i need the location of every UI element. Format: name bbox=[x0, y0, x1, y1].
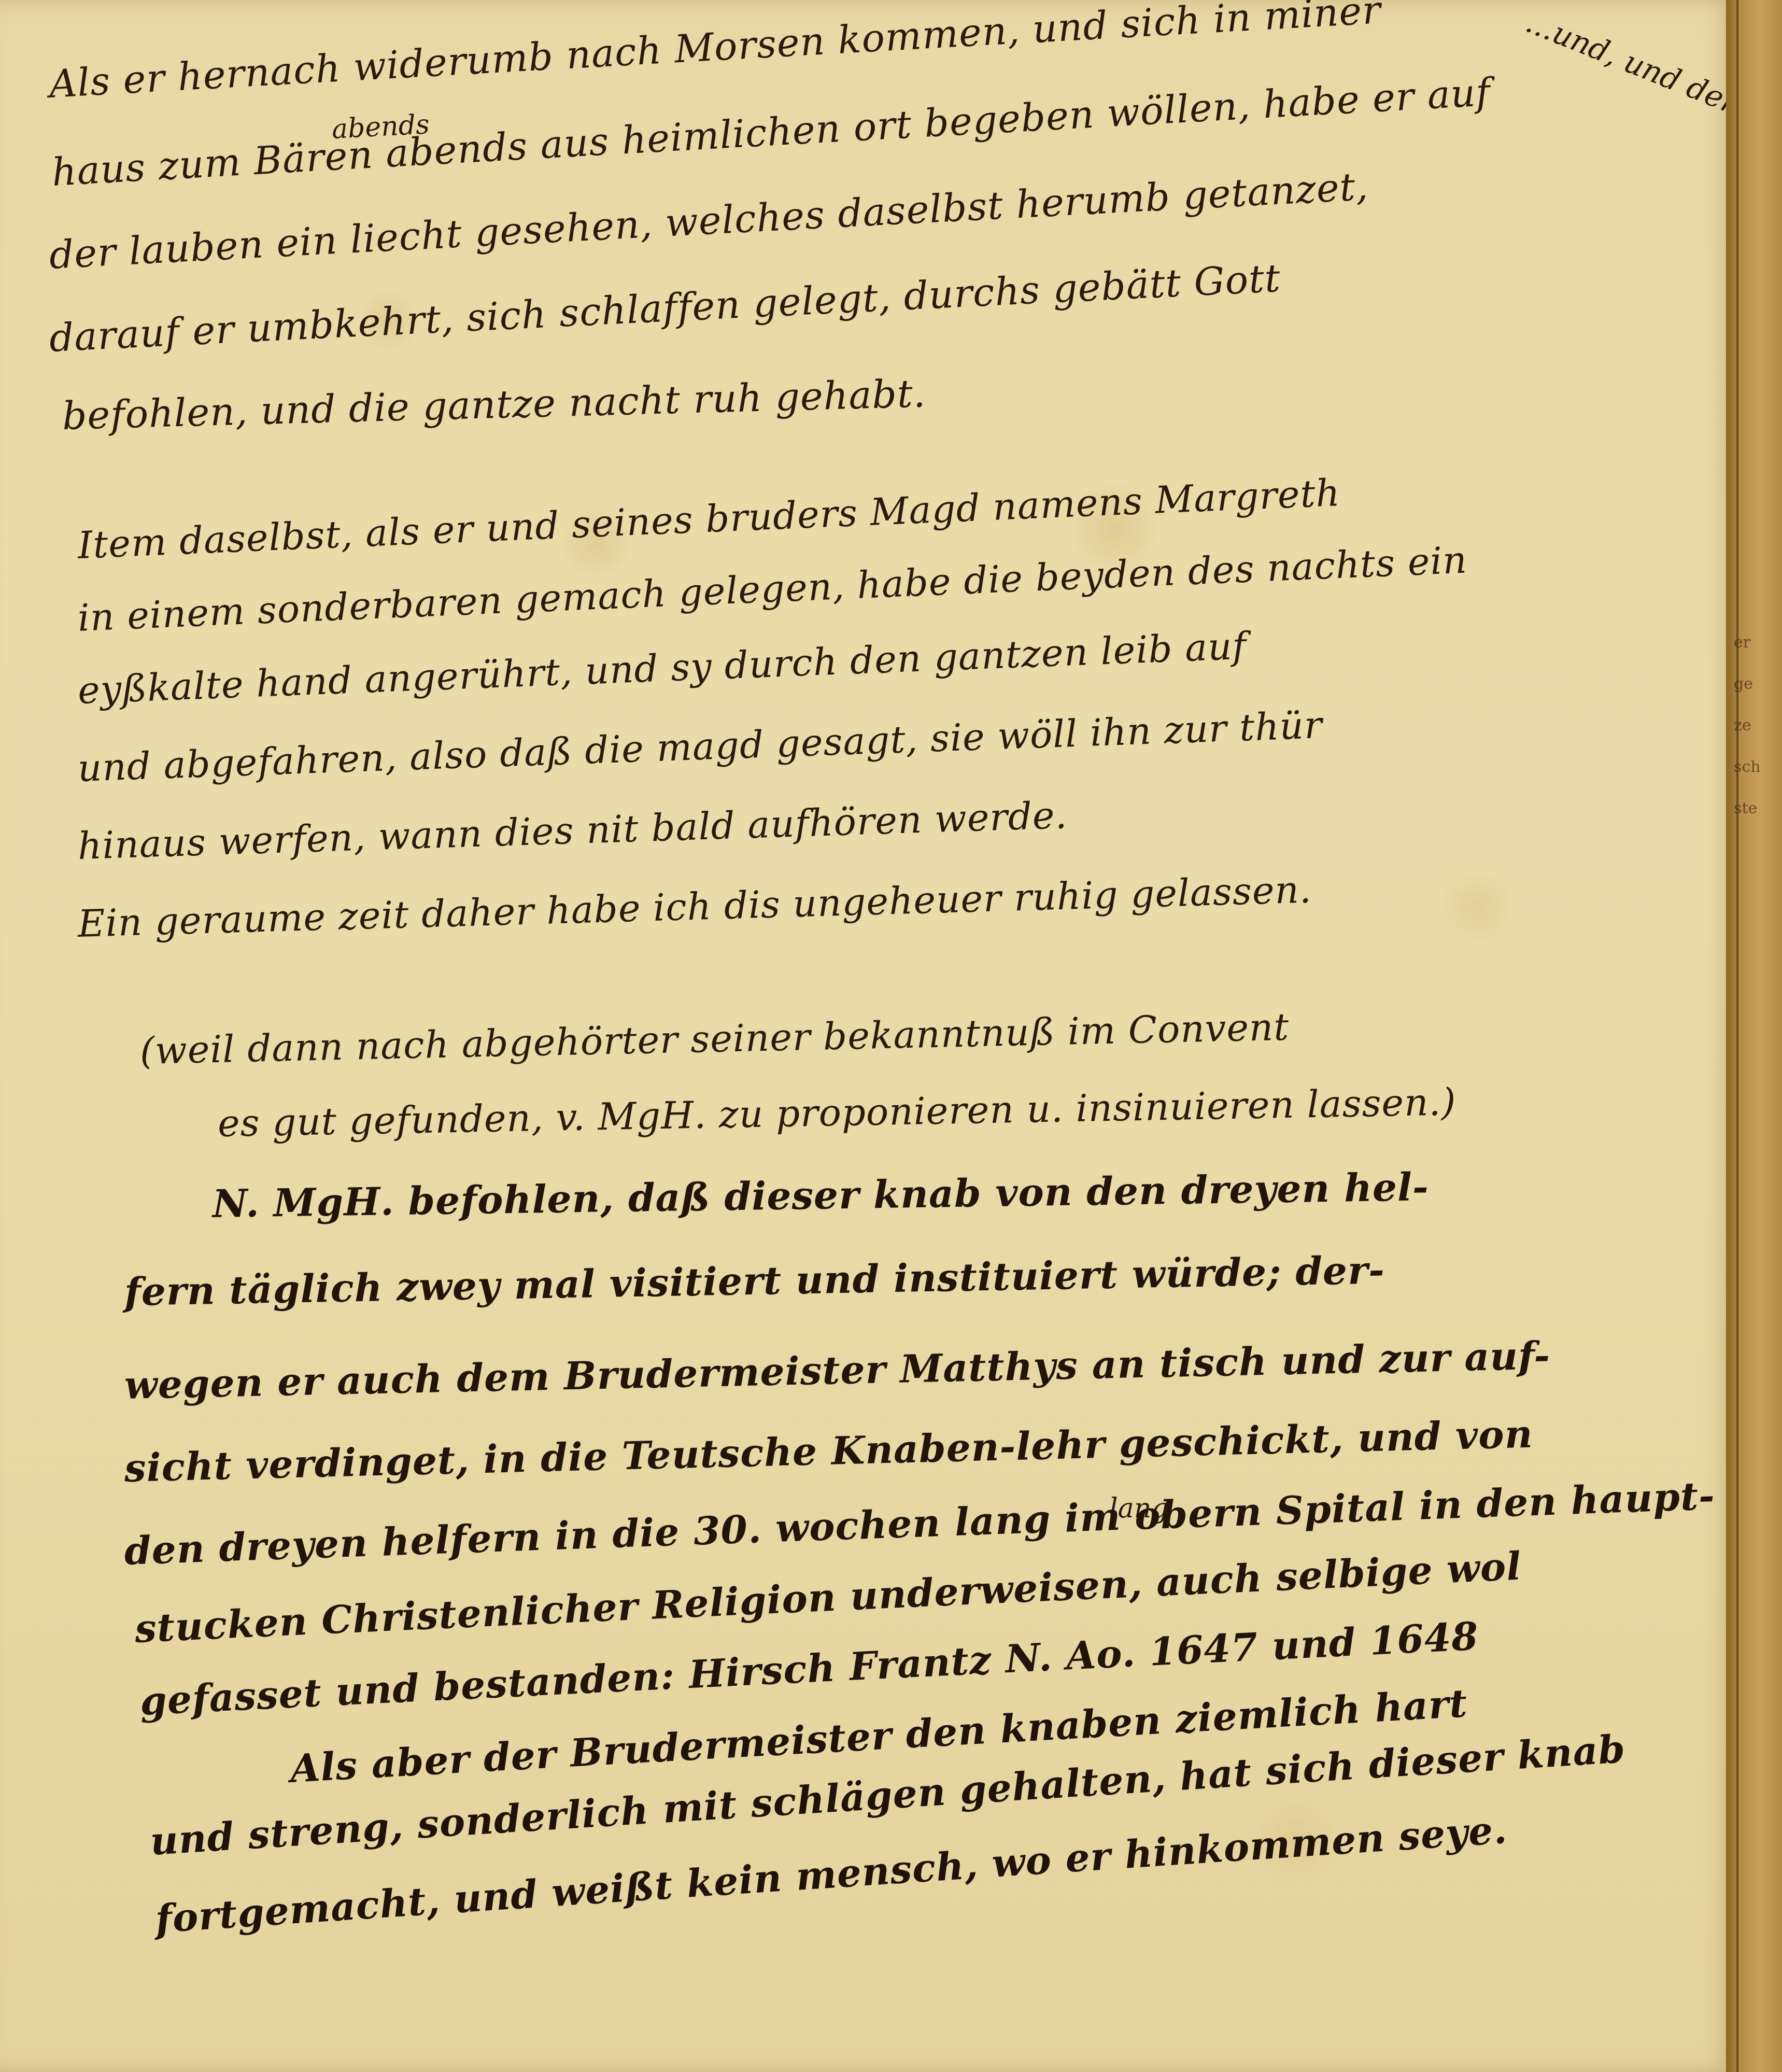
paragraph-4-line-1: N. MgH. befohlen, daß dieser knab von de… bbox=[212, 1165, 1429, 1227]
paragraph-2-line-4: und abgefahren, also daß die magd gesagt… bbox=[77, 703, 1323, 790]
page-edge bbox=[1736, 0, 1738, 2072]
paragraph-4-line-4: sicht verdinget, in die Teutsche Knaben-… bbox=[124, 1412, 1533, 1491]
paragraph-4-line-2: fern täglich zwey mal visitiert und inst… bbox=[124, 1248, 1385, 1315]
manuscript-text: abends Als er hernach widerumb nach Mors… bbox=[0, 0, 1739, 2072]
paragraph-3-line-1: (weil dann nach abgehörter seiner bekann… bbox=[139, 1005, 1290, 1073]
paragraph-2-line-5: hinaus werfen, wann dies nit bald aufhör… bbox=[77, 793, 1068, 868]
paragraph-4-line-3: wegen er auch dem Brudermeister Matthys … bbox=[124, 1333, 1551, 1408]
paragraph-1-line-5: befohlen, und die gantze nacht ruh gehab… bbox=[62, 371, 926, 439]
next-page-fragment-line: ge bbox=[1734, 664, 1780, 705]
next-page-fragment: er ge ze sch ste bbox=[1734, 622, 1780, 829]
next-page-fragment-line: er bbox=[1734, 622, 1780, 664]
manuscript-page: ...und, und der... abends Als er hernach… bbox=[0, 0, 1739, 2072]
paragraph-2-line-3: eyßkalte hand angerührt, und sy durch de… bbox=[77, 624, 1247, 712]
paragraph-2-line-6: Ein geraume zeit daher habe ich dis unge… bbox=[77, 868, 1312, 946]
next-page-fragment-line: ze bbox=[1734, 705, 1780, 746]
book-gutter bbox=[1726, 0, 1782, 2072]
paragraph-3-line-2: es gut gefunden, v. MgH. zu proponieren … bbox=[217, 1080, 1456, 1145]
paragraph-1-line-4: darauf er umbkehrt, sich schlaffen geleg… bbox=[48, 256, 1282, 361]
next-page-fragment-line: ste bbox=[1734, 788, 1780, 829]
next-page-fragment-line: sch bbox=[1734, 746, 1780, 788]
